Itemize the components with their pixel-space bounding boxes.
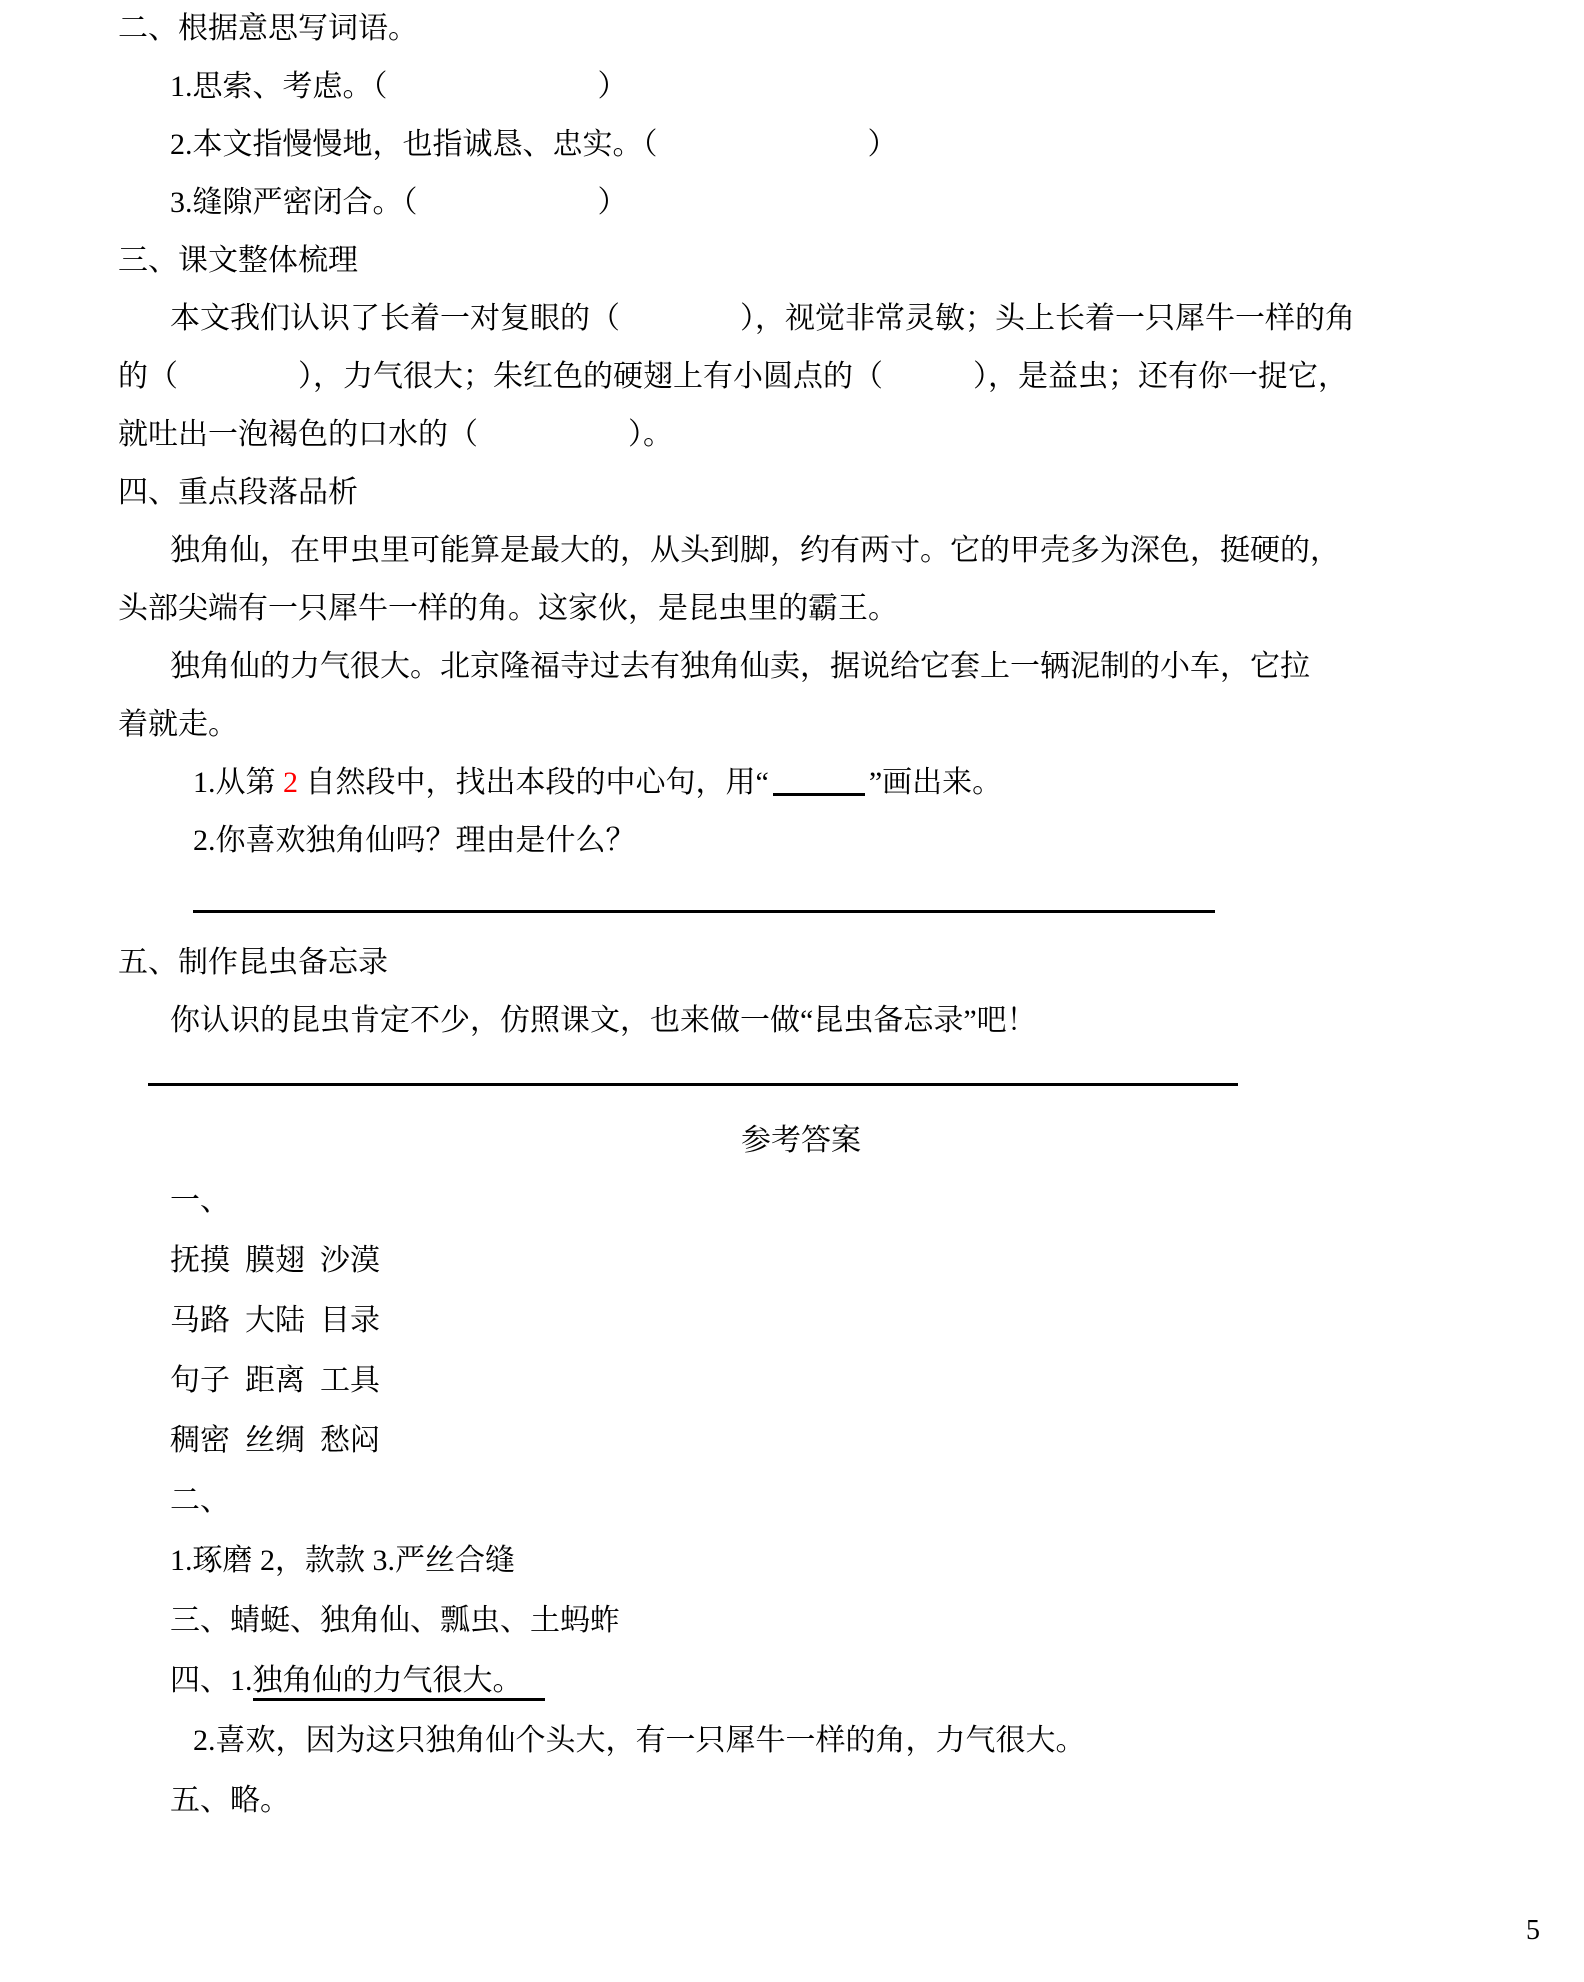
section2-item-1: 1.思索、考虑。（ ）: [118, 58, 1484, 116]
answer-4-row: 四、1.独角仙的力气很大。: [118, 1651, 1484, 1711]
answer-3-row: 三、蜻蜓、独角仙、瓢虫、土蚂蚱: [118, 1591, 1484, 1651]
answer-1-label: 一、: [118, 1171, 1484, 1231]
section3-text-line: 就吐出一泡褐色的口水的（ ）。: [118, 406, 1484, 464]
section3-text-line: 的（ ），力气很大；朱红色的硬翅上有小圆点的（ ），是益虫；还有你一捉它，: [118, 348, 1484, 406]
answer-2-row: 1.琢磨 2，款款 3.严丝合缝: [118, 1531, 1484, 1591]
answers-heading: 参考答案: [118, 1111, 1484, 1171]
section4-paragraph2-line: 独角仙的力气很大。北京隆福寺过去有独角仙卖，据说给它套上一辆泥制的小车，它拉: [118, 638, 1484, 696]
answer-rule-line: [193, 910, 1215, 913]
section4-paragraph2-line: 着就走。: [118, 696, 1484, 754]
answer-4-row-2: 2.喜欢，因为这只独角仙个头大，有一只犀牛一样的角，力气很大。: [118, 1711, 1484, 1771]
answer-2-label: 二、: [118, 1471, 1484, 1531]
section5-text-line: 你认识的昆虫肯定不少，仿照课文，也来做一做“昆虫备忘录”吧！: [118, 992, 1484, 1050]
section4-question-1: 1.从第 2 自然段中，找出本段的中心句，用“”画出来。: [118, 754, 1484, 812]
section2-heading: 二、根据意思写词语。: [118, 0, 1484, 58]
section4-paragraph1-line: 头部尖端有一只犀牛一样的角。这家伙，是昆虫里的霸王。: [118, 580, 1484, 638]
section2-item-3: 3.缝隙严密闭合。（ ）: [118, 174, 1484, 232]
section5-heading: 五、制作昆虫备忘录: [118, 934, 1484, 992]
answer-1-row: 抚摸 膜翅 沙漠: [118, 1231, 1484, 1291]
section3-heading: 三、课文整体梳理: [118, 232, 1484, 290]
answer-1-row: 马路 大陆 目录: [118, 1291, 1484, 1351]
answer-4-underlined-sentence: 独角仙的力气很大。: [253, 1664, 545, 1701]
section4-paragraph1-line: 独角仙，在甲虫里可能算是最大的，从头到脚，约有两寸。它的甲壳多为深色，挺硬的，: [118, 522, 1484, 580]
question-1-text: 自然段中，找出本段的中心句，用“: [298, 766, 769, 799]
reference-answers-section: 参考答案 一、 抚摸 膜翅 沙漠 马路 大陆 目录 句子 距离 工具 稠密 丝绸…: [118, 1111, 1484, 1831]
section4-question-2: 2.你喜欢独角仙吗？理由是什么？: [118, 812, 1484, 870]
section3-text-line: 本文我们认识了长着一对复眼的（ ），视觉非常灵敏；头上长着一只犀牛一样的角: [118, 290, 1484, 348]
answer-5-row: 五、略。: [118, 1771, 1484, 1831]
question-1-text: 1.从第: [193, 766, 283, 799]
question-1-red-number: 2: [283, 766, 298, 799]
answer-4-prefix: 四、1.: [170, 1664, 253, 1697]
section2-item-2: 2.本文指慢慢地，也指诚恳、忠实。（ ）: [118, 116, 1484, 174]
underline-blank: [773, 779, 865, 796]
divider-line: [148, 1083, 1238, 1086]
answer-1-row: 稠密 丝绸 愁闷: [118, 1411, 1484, 1471]
page-number: 5: [1526, 1916, 1540, 1946]
section4-heading: 四、重点段落品析: [118, 464, 1484, 522]
worksheet-page: 二、根据意思写词语。 1.思索、考虑。（ ） 2.本文指慢慢地，也指诚恳、忠实。…: [0, 0, 1584, 1831]
question-1-text: ”画出来。: [869, 766, 1002, 799]
answer-1-row: 句子 距离 工具: [118, 1351, 1484, 1411]
